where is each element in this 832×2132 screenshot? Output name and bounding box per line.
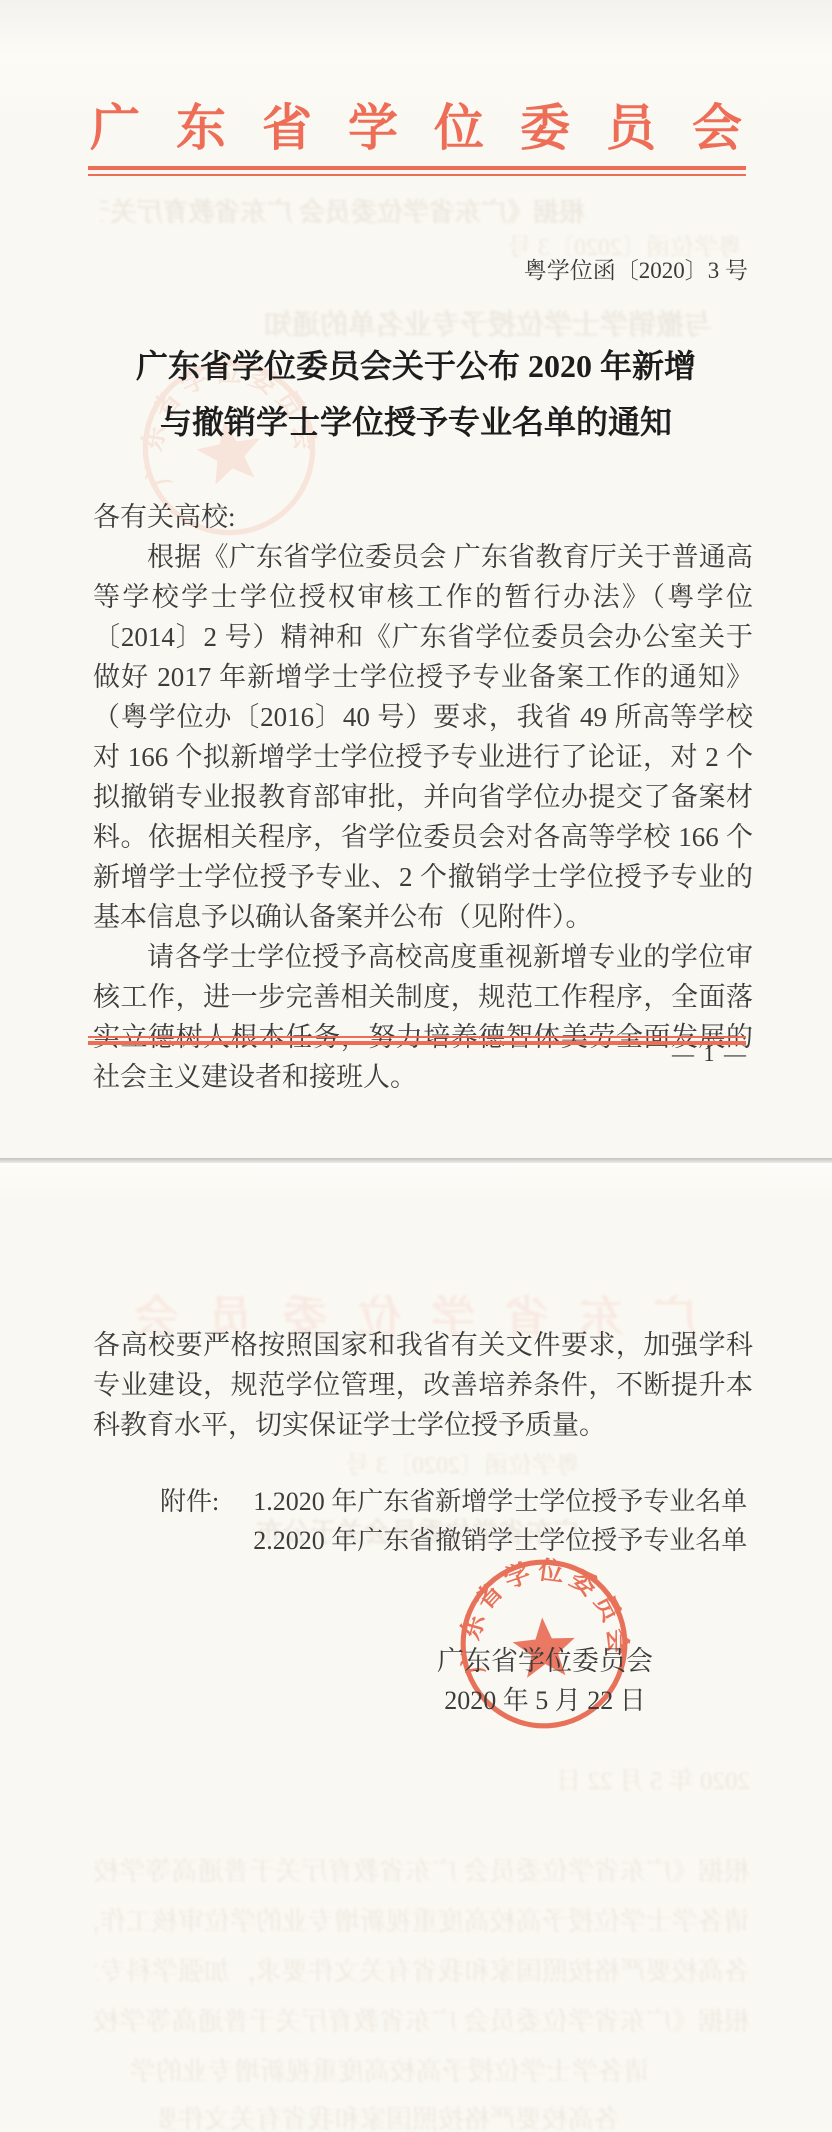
doc-number: 粤学位函〔2020〕3 号	[524, 252, 748, 285]
body-paragraph: 请各学士学位授予高校高度重视新增专业的学位审核工作，进一步完善相关制度，规范工作…	[93, 937, 753, 1097]
signature: 广东省学位委员会	[420, 1641, 670, 1681]
bleedthrough-text: 请各学士学位授予高校高度重视新增专业的学位审核工作，进一步完善相关制度，规范工作…	[95, 1901, 750, 1938]
bleedthrough-text: 请各学士学位授予高校高度重视新增专业的学位审核工作，进一步完善相关制度，规范工作…	[130, 2051, 650, 2088]
body-paragraph: 各高校要严格按照国家和我省有关文件要求，加强学科专业建设，规范学位管理，改善培养…	[93, 1325, 753, 1445]
bleedthrough-text: 根据《广东省学位委员会 广东省教育厅关于普通高等学校学士学位授权审核工作的暂行办…	[95, 2001, 750, 2038]
bleedthrough-text: 各高校要严格按照国家和我省有关文件要求，加强学科专业建设，规范学位管理，改善培养…	[95, 1951, 750, 1988]
attachment-item: 1.2020 年广东省新增学士学位授予专业名单	[253, 1482, 747, 1521]
notice-title: 广东省学位委员会关于公布 2020 年新增 与撤销学士学位授予专业名单的通知	[40, 338, 792, 450]
document-page-1: 广东省学位委员会 根据《广东省学位委员会 广东省教育厅关于普通高等学校学士学位授…	[0, 0, 832, 1158]
scanned-document: { "colors": { "accent_red": "#ee6d56", "…	[0, 0, 832, 2132]
signature-date: 2020 年 5 月 22 日	[420, 1681, 670, 1721]
salutation: 各有关高校:	[93, 497, 753, 537]
document-page-2: 广东省学位委员会 各高校要严格按照国家和我省有关文件要求，加强学科专业建设，规范…	[0, 1163, 832, 2132]
attachment-item: 2.2020 年广东省撤销学士学位授予专业名单	[253, 1521, 747, 1560]
attachments-list: 1.2020 年广东省新增学士学位授予专业名单 2.2020 年广东省撤销学士学…	[253, 1482, 747, 1560]
bleedthrough-text: 2020 年 5 月 22 日	[420, 1761, 750, 1797]
signature-block: 广东省学位委员会 2020 年 5 月 22 日	[420, 1641, 670, 1721]
body-paragraph: 根据《广东省学位委员会 广东省教育厅关于普通高等学校学士学位授权审核工作的暂行办…	[93, 537, 753, 937]
footer-rule	[88, 1036, 746, 1045]
attachments-block: 附件: 1.2020 年广东省新增学士学位授予专业名单 2.2020 年广东省撤…	[160, 1482, 747, 1560]
agency-header: 广东省学位委员会	[0, 88, 832, 160]
notice-title-line-1: 广东省学位委员会关于公布 2020 年新增	[40, 338, 792, 394]
bleedthrough-text: 根据《广东省学位委员会 广东省教育厅关于普通高等学校学士学位授权审核工作的暂行办…	[100, 192, 585, 229]
bleedthrough-text: 各高校要严格按照国家和我省有关文件要求，加强学科专业建设，规范学位管理，改善培养…	[160, 2099, 620, 2132]
attachments-label: 附件:	[160, 1482, 219, 1521]
bleedthrough-text: 粤学位函〔2020〕3 号	[150, 1445, 580, 1480]
bleedthrough-text: 根据《广东省学位委员会 广东省教育厅关于普通高等学校学士学位授权审核工作的暂行办…	[95, 1851, 750, 1888]
page1-body: 各有关高校: 根据《广东省学位委员会 广东省教育厅关于普通高等学校学士学位授权审…	[93, 497, 753, 1097]
notice-title-line-2: 与撤销学士学位授予专业名单的通知	[40, 394, 792, 450]
bleedthrough-text: 与撤销学士学位授予专业名单的通知	[152, 303, 712, 343]
header-rule	[88, 166, 746, 176]
page2-body: 各高校要严格按照国家和我省有关文件要求，加强学科专业建设，规范学位管理，改善培养…	[93, 1325, 753, 1445]
page-number: — 1 —	[672, 1041, 748, 1067]
